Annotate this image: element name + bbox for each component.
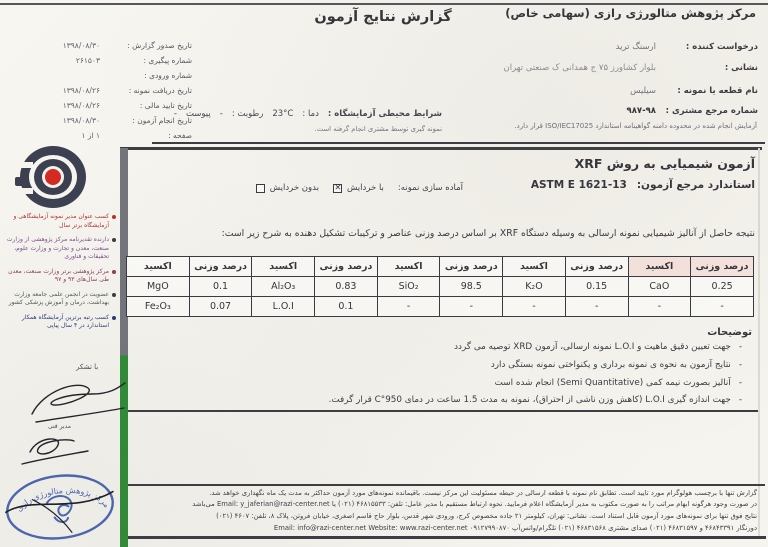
column-header: درصد وزنی xyxy=(189,257,252,277)
pct-cell: - xyxy=(691,297,754,317)
sample-receipt-date-label: تاریخ دریافت نمونه : xyxy=(114,86,192,95)
address-value: بلوار کشاورز ۷۵ ج همدانی ک صنعتی تهران xyxy=(503,63,656,73)
test-date-value: ۱۳۹۸/۰۸/۳۰ xyxy=(63,116,100,125)
column-header: درصد وزنی xyxy=(440,257,503,277)
prep-crushed-label: با خردایش xyxy=(347,183,384,193)
column-header: اکسید xyxy=(252,257,315,277)
note-item: جهت تعیین دقیق ماهیت و L.O.I نمونه ارسال… xyxy=(454,342,742,352)
oxide-cell: L.O.I xyxy=(252,297,315,317)
oxide-cell: MgO xyxy=(127,277,190,297)
column-header: اکسید xyxy=(127,257,190,277)
logo-notch xyxy=(18,162,33,168)
sample-name-row: نام قطعه یا نمونه : سیلیس xyxy=(410,86,758,96)
humidity-value: - xyxy=(220,109,223,119)
prep-uncrushed-label: بدون خردایش xyxy=(270,183,319,193)
company-stamp: مرکز پژوهش متالورژی رازی xyxy=(0,465,121,547)
list-item: کسب عنوان مدیر نمونه آزمایشگاهی و آزمایش… xyxy=(6,213,116,230)
sample-receipt-date-row: تاریخ دریافت نمونه : ۱۳۹۸/۰۸/۲۶ xyxy=(28,86,192,95)
organization-name: مرکز پژوهش متالورژی رازی (سهامی خاص) xyxy=(505,6,756,20)
tracking-no-row: شماره پیگیری : ۲۶۱۵۰۳ xyxy=(28,56,192,65)
bullet-icon xyxy=(112,238,116,242)
entry-no-row: شماره ورودی : xyxy=(28,71,192,80)
list-item: دارنده تقدیرنامه مرکز پژوهشی از وزارت صن… xyxy=(6,236,116,262)
entry-no-label: شماره ورودی : xyxy=(114,71,192,80)
page-number-row: صفحه : ۱ از ۱ xyxy=(28,131,192,140)
requester-label: درخواست کننده : xyxy=(662,42,758,52)
test-date-label: تاریخ انجام آزمون : xyxy=(114,116,192,125)
notes-bottom-rule xyxy=(128,410,758,412)
footer-line: دورنگار ۴۶۸۴۳۳۹۱ و ۴۶۸۳۱۵۹۷ (۰۲۱) صدای م… xyxy=(274,524,757,532)
page-title: گزارش نتایج آزمون xyxy=(298,9,468,25)
note-item: نتایج آزمون به نحوه ی نمونه برداری و یکن… xyxy=(491,360,742,370)
notes-title: توضیحات xyxy=(707,327,752,338)
lab-conditions-label: شرایط محیطی آزمایشگاه : xyxy=(328,109,442,119)
badge-text: مرکز پژوهشی برتر وزارت صنعت، معدن طی سال… xyxy=(6,268,109,285)
pct-cell: - xyxy=(565,297,628,317)
razi-logo-icon xyxy=(20,146,86,208)
footer-line: گزارش تنها با برچسب هولوگرام مورد تایید … xyxy=(209,489,757,497)
oxide-cell: K₂O xyxy=(503,277,566,297)
requester-row: درخواست کننده : ارسنگ ترید xyxy=(410,42,758,52)
requester-value: ارسنگ ترید xyxy=(616,42,656,52)
logo-notch xyxy=(18,188,33,194)
sample-prep-row: آماده سازی نمونه: با خردایش بدون خردایش xyxy=(185,183,463,193)
sample-prep-label: آماده سازی نمونه: xyxy=(398,183,463,193)
prep-option-uncrushed: بدون خردایش xyxy=(256,183,319,193)
address-row: نشانی : بلوار کشاورز ۷۵ ج همدانی ک صنعتی… xyxy=(410,63,758,73)
oxide-cell: - xyxy=(377,297,440,317)
results-table-header-row: اکسید درصد وزنی اکسید درصد وزنی اکسید در… xyxy=(127,257,754,277)
humidity-label: رطوبت : xyxy=(232,109,264,119)
prep-option-crushed: با خردایش xyxy=(333,183,384,193)
badge-text: کسب رتبه برترین آزمایشگاه همکار استاندار… xyxy=(6,314,109,331)
header-separator xyxy=(152,142,765,144)
sample-receipt-date-value: ۱۳۹۸/۰۸/۲۶ xyxy=(63,86,100,95)
company-stamp-icon: مرکز پژوهش متالورژی رازی xyxy=(0,465,121,547)
column-header: اکسید xyxy=(377,257,440,277)
signature-caption: با تشکر xyxy=(76,363,98,371)
customer-ref-row: شماره مرجع مشتری : ۹۸۷-۹۸ xyxy=(410,106,758,116)
page-number-label: صفحه : xyxy=(114,131,192,140)
list-item: مرکز پژوهشی برتر وزارت صنعت، معدن طی سال… xyxy=(6,268,116,285)
badge-text: کسب عنوان مدیر نمونه آزمایشگاهی و آزمایش… xyxy=(6,213,109,230)
table-row: MgO 0.1 Al₂O₃ 0.83 SiO₂ 98.5 K₂O 0.15 Ca… xyxy=(127,277,754,297)
footer-top-rule xyxy=(128,484,765,486)
attachment-value: - xyxy=(174,109,177,119)
report-date-row: تاریخ صدور گزارش : ۱۳۹۸/۰۸/۳۰ xyxy=(28,41,192,50)
temperature-label: دما : xyxy=(302,109,319,119)
column-header: اکسید xyxy=(628,257,691,277)
content-box-top-border xyxy=(120,147,762,150)
checkbox-checked-icon xyxy=(333,184,342,193)
footer-line: در صورت وجود هرگونه ابهام مراتب را به صو… xyxy=(192,500,757,508)
report-date-value: ۱۳۹۸/۰۸/۳۰ xyxy=(63,41,100,50)
checkbox-unchecked-icon xyxy=(256,184,265,193)
pct-cell: 98.5 xyxy=(440,277,503,297)
standard-value: ASTM E 1621-13 xyxy=(531,179,627,191)
oxide-cell: SiO₂ xyxy=(377,277,440,297)
column-header: درصد وزنی xyxy=(691,257,754,277)
sample-name-value: سیلیس xyxy=(630,86,656,96)
pct-cell: 0.07 xyxy=(189,297,252,317)
content-box-left-bar xyxy=(120,148,128,547)
bullet-icon xyxy=(112,316,116,320)
column-header: درصد وزنی xyxy=(315,257,378,277)
pct-cell: 0.25 xyxy=(691,277,754,297)
attachment-label: پیوست xyxy=(186,109,211,119)
oxide-cell: Al₂O₃ xyxy=(252,277,315,297)
signature xyxy=(26,376,130,428)
pct-cell: - xyxy=(440,297,503,317)
tracking-no-label: شماره پیگیری : xyxy=(114,56,192,65)
badge-text: دارنده تقدیرنامه مرکز پژوهشی از وزارت صن… xyxy=(6,236,109,262)
footer-line: نتایج فوق تنها برای نمونه‌های مورد آزمون… xyxy=(216,512,757,520)
pct-cell: 0.83 xyxy=(315,277,378,297)
bullet-icon xyxy=(112,293,116,297)
signature-caption: مدیر فنی xyxy=(48,423,71,430)
logo-tab xyxy=(15,177,27,186)
financial-approval-date-value: ۱۳۹۸/۰۸/۲۶ xyxy=(63,101,100,110)
badge-text: عضویت در انجمن علمی جامعه وزارت بهداشت، … xyxy=(6,291,109,308)
table-row: Fe₂O₃ 0.07 L.O.I 0.1 - - - - - - xyxy=(127,297,754,317)
achievement-badge-list: کسب عنوان مدیر نمونه آزمایشگاهی و آزمایش… xyxy=(6,213,116,337)
top-rule xyxy=(0,3,768,5)
stamp-emblem xyxy=(46,495,74,524)
note-item: آنالیز بصورت نیمه کمی (Semi Quantitative… xyxy=(495,378,742,388)
bullet-icon xyxy=(112,270,116,274)
tracking-no-value: ۲۶۱۵۰۳ xyxy=(76,56,100,65)
column-header: درصد وزنی xyxy=(565,257,628,277)
note-item: جهت اندازه گیری L.O.I (کاهش وزن ناشی از … xyxy=(329,395,742,405)
lab-conditions-row: شرایط محیطی آزمایشگاه : دما : 23°C رطوبت… xyxy=(208,109,442,119)
financial-approval-date-row: تاریخ تایید مالی : ۱۳۹۸/۰۸/۲۶ xyxy=(28,101,192,110)
list-item: کسب رتبه برترین آزمایشگاه همکار استاندار… xyxy=(6,314,116,331)
standard-label: استاندارد مرجع آزمون: xyxy=(637,179,755,191)
bullet-icon xyxy=(112,215,116,219)
results-intro-text: نتیجه حاصل از آنالیز شیمیایی نمونه ارسال… xyxy=(222,228,755,239)
pct-cell: 0.1 xyxy=(189,277,252,297)
oxide-cell: - xyxy=(503,297,566,317)
list-item: عضویت در انجمن علمی جامعه وزارت بهداشت، … xyxy=(6,291,116,308)
column-header: اکسید xyxy=(503,257,566,277)
oxide-cell: - xyxy=(628,297,691,317)
logo-red-dot xyxy=(45,169,61,185)
sampling-note: نمونه گیری توسط مشتری انجام گرفته است. xyxy=(300,125,442,133)
temperature-value: 23°C xyxy=(272,109,293,119)
standard-row: استاندارد مرجع آزمون: ASTM E 1621-13 xyxy=(531,179,755,191)
results-table: اکسید درصد وزنی اکسید درصد وزنی اکسید در… xyxy=(126,256,754,317)
address-label: نشانی : xyxy=(662,63,758,73)
report-date-label: تاریخ صدور گزارش : xyxy=(114,41,192,50)
sample-name-label: نام قطعه یا نمونه : xyxy=(662,86,758,96)
signature xyxy=(16,430,94,472)
customer-ref-label: شماره مرجع مشتری : xyxy=(662,106,758,116)
test-date-row: تاریخ انجام آزمون : ۱۳۹۸/۰۸/۳۰ xyxy=(28,116,192,125)
oxide-cell: CaO xyxy=(628,277,691,297)
scanned-test-report-page: مرکز پژوهش متالورژی رازی (سهامی خاص) گزا… xyxy=(0,0,768,547)
section-heading: آزمون شیمیایی به روش XRF xyxy=(575,156,755,171)
pct-cell: 0.1 xyxy=(315,297,378,317)
footer-bottom-rule xyxy=(128,536,766,539)
pct-cell: 0.15 xyxy=(565,277,628,297)
content-box-right-border xyxy=(758,148,760,538)
stamp-signature-stroke xyxy=(32,495,72,537)
page-number-value: ۱ از ۱ xyxy=(81,131,100,140)
financial-approval-date-label: تاریخ تایید مالی : xyxy=(114,101,192,110)
logo-inner-disc xyxy=(34,159,72,195)
iso-scope-note: آزمایش انجام شده در محدوده دامنه گواهینا… xyxy=(514,122,757,130)
oxide-cell: Fe₂O₃ xyxy=(127,297,190,317)
customer-ref-value: ۹۸۷-۹۸ xyxy=(627,106,656,116)
